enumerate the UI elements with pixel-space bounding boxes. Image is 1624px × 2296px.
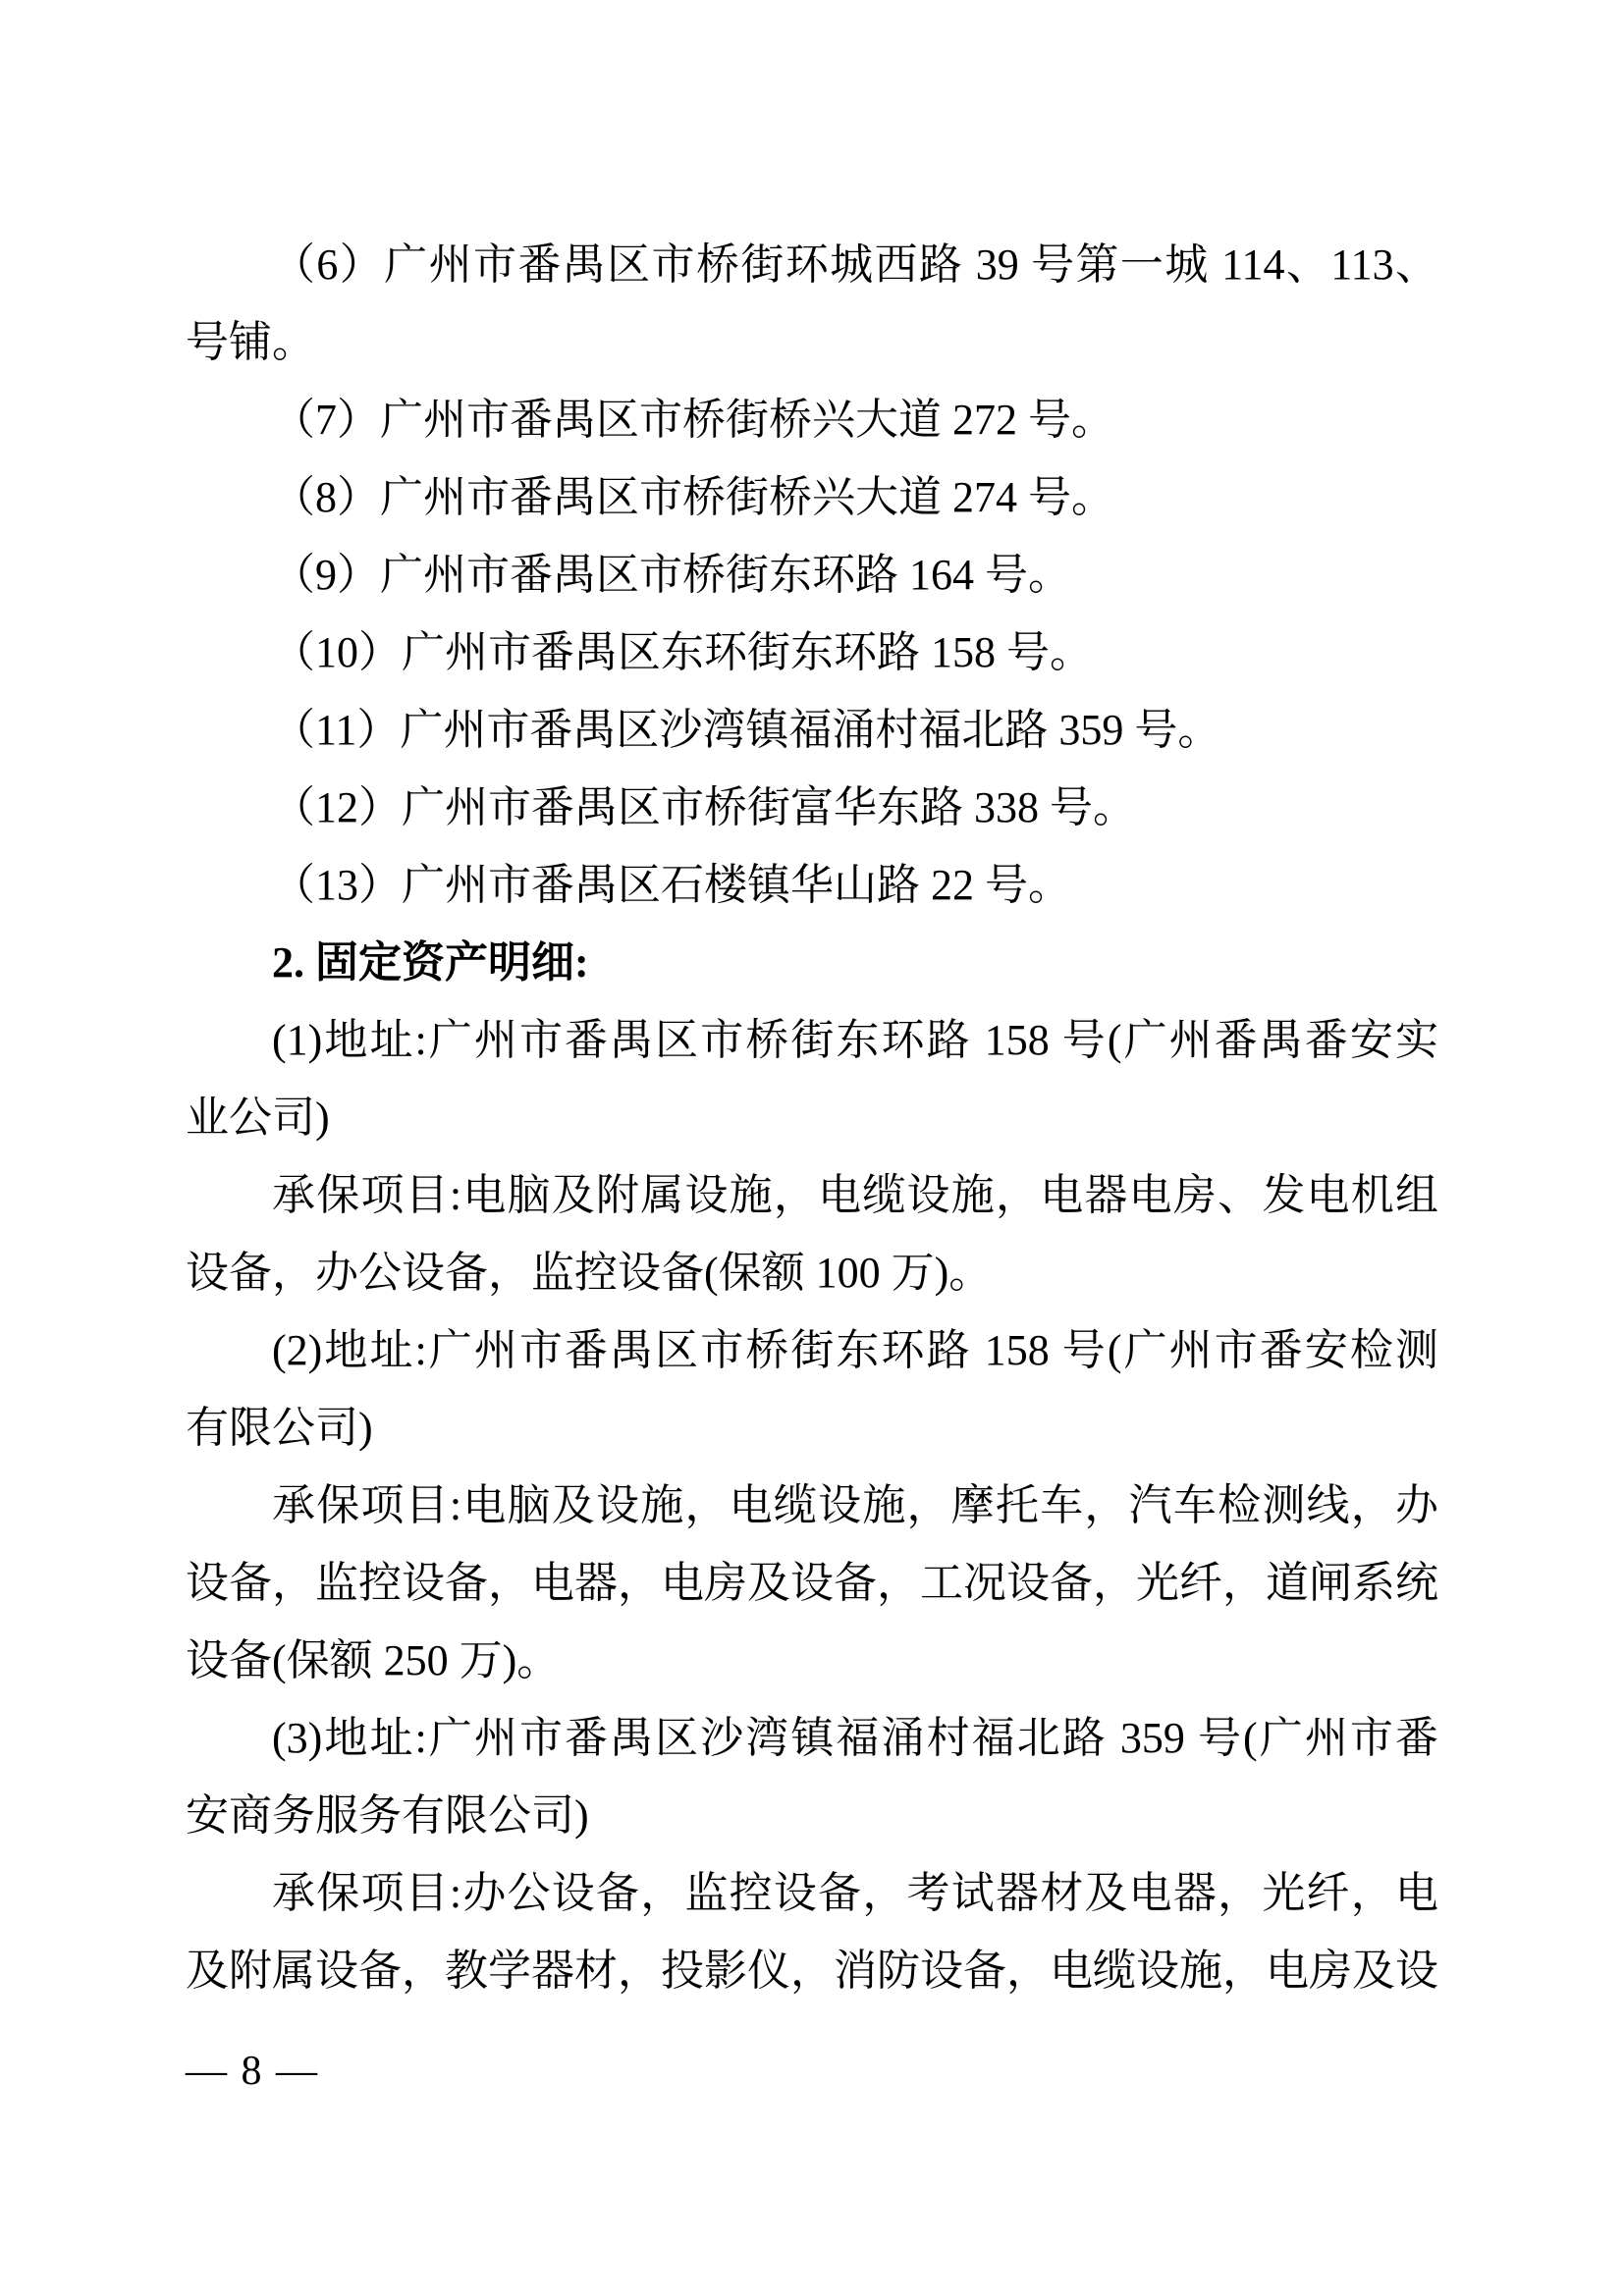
document-line: （7）广州市番禺区市桥街桥兴大道 272 号。	[186, 381, 1438, 458]
document-line: （9）广州市番禺区市桥街东环路 164 号。	[186, 536, 1438, 614]
document-line: 号铺。	[186, 303, 1438, 381]
document-line: 设备，办公设备，监控设备(保额 100 万)。	[186, 1234, 1438, 1311]
document-line: （6）广州市番禺区市桥街环城西路 39 号第一城 114、113、133	[186, 226, 1438, 303]
page-footer: — 8 —	[186, 2042, 319, 2101]
document-page: （6）广州市番禺区市桥街环城西路 39 号第一城 114、113、133号铺。（…	[0, 0, 1624, 2296]
document-line: (2)地址:广州市番禺区市桥街东环路 158 号(广州市番安检测	[186, 1311, 1438, 1389]
document-line: (1)地址:广州市番禺区市桥街东环路 158 号(广州番禺番安实	[186, 1001, 1438, 1079]
document-line: 2. 固定资产明细:	[186, 924, 1438, 1001]
document-line: 承保项目:电脑及附属设施，电缆设施，电器电房、发电机组及	[186, 1156, 1438, 1234]
document-line: 业公司)	[186, 1079, 1438, 1156]
document-line: （13）广州市番禺区石楼镇华山路 22 号。	[186, 846, 1438, 924]
document-line: （12）广州市番禺区市桥街富华东路 338 号。	[186, 769, 1438, 846]
document-line: 承保项目:电脑及设施，电缆设施，摩托车，汽车检测线，办公	[186, 1467, 1438, 1544]
document-line: 有限公司)	[186, 1389, 1438, 1467]
page-number: — 8 —	[186, 2049, 319, 2094]
document-line: 承保项目:办公设备，监控设备，考试器材及电器，光纤，电脑	[186, 1854, 1438, 1932]
document-line: （11）广州市番禺区沙湾镇福涌村福北路 359 号。	[186, 691, 1438, 769]
document-line: 设备，监控设备，电器，电房及设备，工况设备，光纤，道闸系统	[186, 1544, 1438, 1622]
document-line: 及附属设备，教学器材，投影仪，消防设备，电缆设施，电房及设	[186, 1932, 1438, 2009]
document-line: (3)地址:广州市番禺区沙湾镇福涌村福北路 359 号(广州市番	[186, 1699, 1438, 1777]
document-line: 安商务服务有限公司)	[186, 1777, 1438, 1854]
document-line: 设备(保额 250 万)。	[186, 1622, 1438, 1699]
document-line: （10）广州市番禺区东环街东环路 158 号。	[186, 614, 1438, 691]
document-line: （8）广州市番禺区市桥街桥兴大道 274 号。	[186, 458, 1438, 536]
document-body: （6）广州市番禺区市桥街环城西路 39 号第一城 114、113、133号铺。（…	[186, 226, 1438, 2009]
